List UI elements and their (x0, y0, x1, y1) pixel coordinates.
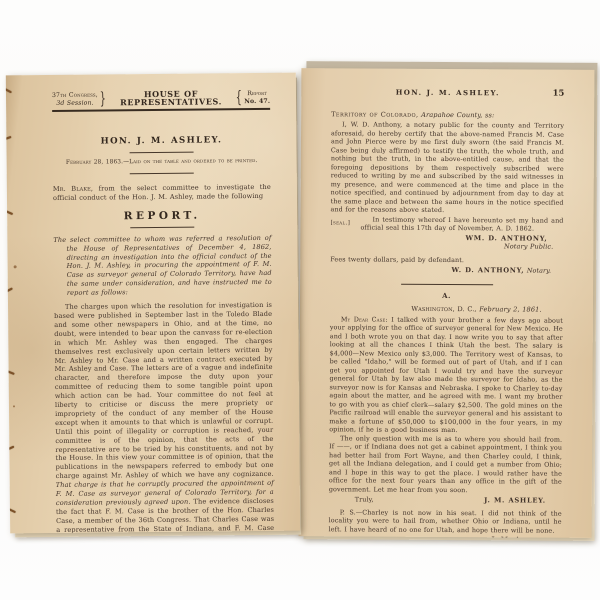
report-word: Report (244, 90, 270, 98)
intro-lead: Mr. Blake, (53, 185, 93, 193)
letter-dateline: Washington, D. C., February 2, 1861. (390, 305, 563, 315)
letter-closing-row: Truly, J. M. ASHLEY. (329, 493, 562, 505)
intro-paragraph: Mr. Blake, from the select committee to … (53, 183, 271, 203)
committee-preamble: The select committee to whom was referre… (53, 234, 272, 298)
print-dateline: February 28, 1863.—Laid on the table and… (53, 157, 271, 168)
congress-line: 37th Congress, (52, 92, 98, 100)
fees-signature-title: Notary. (527, 266, 551, 274)
report-rule (130, 226, 194, 228)
binding-stitch (6, 446, 15, 452)
binding-stitch (6, 370, 15, 375)
masthead: 37th Congress, 3d Session. } HOUSE OF RE… (52, 90, 270, 107)
testimony-clause: In testimony whereof I have hereunto set… (360, 215, 563, 233)
fees-signature-name: W. D. ANTHONY, (452, 266, 525, 274)
page-title: HON. J. M. ASHLEY. (52, 136, 270, 147)
seal-label: [seal.] (330, 219, 350, 228)
section-divider-rule (401, 283, 493, 285)
foxing-speck (14, 265, 17, 268)
letter-date: February 2, 1861. (477, 305, 542, 313)
seal-block: [seal.] In testimony whereof I have here… (330, 215, 563, 233)
letter-paragraph-1: I talked with your brother a few days ag… (329, 315, 563, 434)
masthead-rule (52, 108, 270, 112)
report-body-part1: The charges upon which the resolution fo… (54, 301, 274, 480)
page-number: 15 (553, 89, 565, 98)
running-head: HON. J. M. ASHLEY. 15 (331, 88, 564, 98)
notary-signature-title: Notary Public. (330, 241, 563, 251)
binding-stitch (6, 210, 13, 215)
binding-stitch (6, 287, 13, 293)
dateline-rule (130, 173, 194, 175)
report-number: No. 47. (244, 97, 270, 105)
report-body: The charges upon which the resolution fo… (54, 301, 275, 533)
letter-body-2: The only question with me is as to where… (329, 434, 562, 495)
right-brace-glyph: } (100, 95, 106, 103)
letter-body-1: My Dear Case: I talked with your brother… (329, 315, 563, 435)
venue-line: Territory of Colorado, Arapahoe County, … (331, 110, 564, 120)
foxing-speck (13, 405, 15, 407)
title-rule (130, 152, 194, 154)
fees-note: Fees twenty dollars, paid by defendant. (330, 255, 563, 265)
session-line: 3d Session. (52, 99, 98, 107)
letter-signature: J. M. ASHLEY. (484, 496, 546, 505)
fees-notary-signature: W. D. ANTHONY, Notary. (330, 265, 563, 275)
binding-stitch (7, 508, 16, 514)
report-heading: REPORT. (53, 211, 271, 222)
congress-session-label: 37th Congress, 3d Session. (52, 92, 98, 108)
notary-certificate: I, W. D. Anthony, a notary public for th… (331, 120, 565, 215)
letter-postscript: P. S.—Charley is not now in his seat. I … (329, 508, 562, 535)
binding-stitch (6, 136, 12, 141)
left-brace-glyph: { (236, 94, 242, 102)
letter-place: Washington, D. C., (411, 305, 476, 313)
exhibit-label: A. (330, 291, 563, 301)
photo-of-document: { "colors": { "page_paper": "#e5d0ae", "… (0, 0, 600, 600)
left-page: 37th Congress, 3d Session. } HOUSE OF RE… (6, 73, 300, 534)
chamber-heading: HOUSE OF REPRESENTATIVES. (107, 90, 234, 106)
letter-closing: Truly, (355, 495, 374, 504)
report-number-label: Report No. 47. (244, 90, 270, 105)
right-page: HON. J. M. ASHLEY. 15 Territory of Color… (299, 68, 595, 538)
letter-salutation: My Dear Case: (341, 315, 388, 323)
venue-county: Arapahoe County, ss: (419, 110, 495, 118)
venue-territory: Territory of Colorado, (331, 110, 418, 119)
running-head-title: HON. J. M. ASHLEY. (396, 88, 500, 98)
binding-stitch (6, 87, 12, 93)
